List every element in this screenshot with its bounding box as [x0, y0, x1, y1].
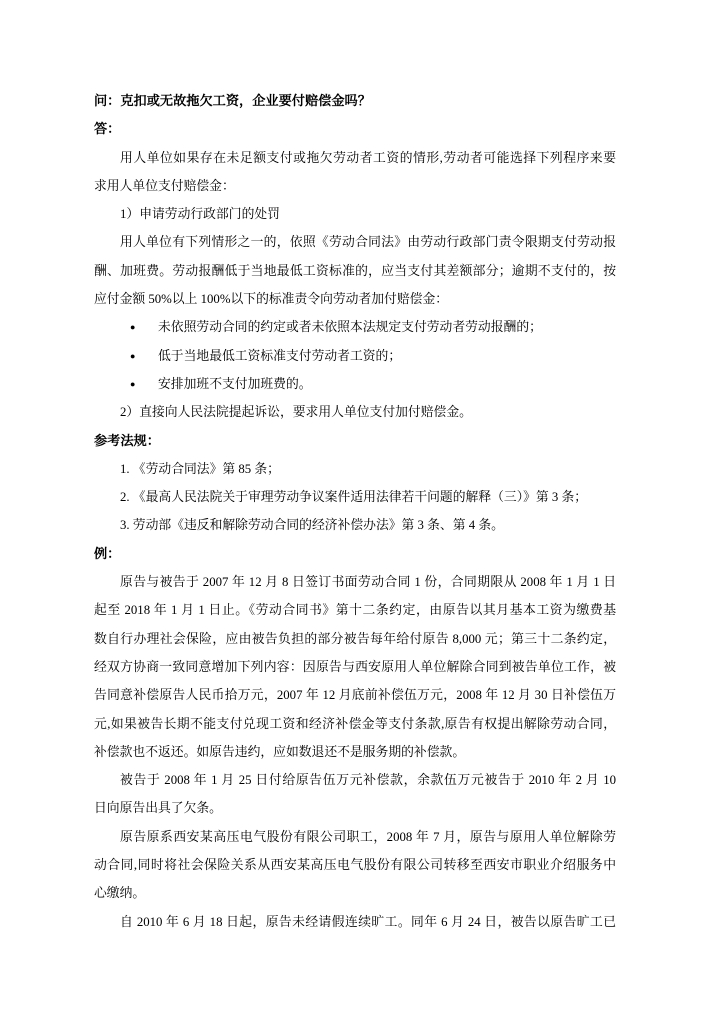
case-paragraph-line: 原告原系西安某高压电气股份有限公司职工，2008 年 7 月，原告与原用人单位解… [94, 823, 616, 851]
case-paragraph-line: 心缴纳。 [94, 879, 616, 907]
case-paragraph-line: 日向原告出具了欠条。 [94, 794, 616, 822]
example-label: 例： [94, 540, 616, 568]
case-paragraph-line: 元,如果被告长期不能支付兑现工资和经济补偿金等支付条款,原告有权提出解除劳动合同… [94, 710, 616, 738]
bullet-item: ●未依照劳动合同的约定或者未依照本法规定支付劳动者劳动报酬的； [94, 313, 616, 341]
case-paragraph-line: 起至 2018 年 1 月 1 日止。《劳动合同书》第十二条约定，由原告以其月基… [94, 596, 616, 624]
bullet-text: 未依照劳动合同的约定或者未依照本法规定支付劳动者劳动报酬的； [158, 320, 542, 334]
case-paragraph-line: 补偿款也不返还。如原告违约，应如数退还不是服务期的补偿款。 [94, 738, 616, 766]
bullet-icon: ● [130, 370, 158, 398]
document-page: 问：克扣或无故拖欠工资，企业要付赔偿金吗？答：用人单位如果存在未足额支付或拖欠劳… [0, 0, 721, 1020]
bullet-text: 安排加班不支付加班费的。 [158, 377, 312, 391]
question-label: 问： [94, 93, 120, 108]
reference-item: 1. 《劳动合同法》第 85 条； [94, 455, 616, 483]
procedure-paragraph-line: 酬、加班费。劳动报酬低于当地最低工资标准的，应当支付其差额部分；逾期不支付的，按 [94, 257, 616, 285]
bullet-item: ●低于当地最低工资标准支付劳动者工资的； [94, 342, 616, 370]
procedure-paragraph-line: 用人单位有下列情形之一的，依照《劳动合同法》由劳动行政部门责令限期支付劳动报 [94, 228, 616, 256]
reference-item: 3. 劳动部《违反和解除劳动合同的经济补偿办法》第 3 条、第 4 条。 [94, 511, 616, 539]
case-paragraph-line: 原告与被告于 2007 年 12 月 8 日签订书面劳动合同 1 份，合同期限从… [94, 568, 616, 596]
answer-label: 答： [94, 115, 616, 143]
bullet-item: ●安排加班不支付加班费的。 [94, 370, 616, 398]
case-paragraph-line: 告同意补偿原告人民币拾万元，2007 年 12 月底前补偿伍万元，2008 年 … [94, 681, 616, 709]
procedure-paragraph-line: 应付金额 50%以上 100%以下的标准责令向劳动者加付赔偿金： [94, 285, 616, 313]
answer-paragraph-line: 用人单位如果存在未足额支付或拖欠劳动者工资的情形,劳动者可能选择下列程序来要 [94, 144, 616, 172]
bullet-text: 低于当地最低工资标准支付劳动者工资的； [158, 349, 401, 363]
numbered-item-1: 1）申请劳动行政部门的处罚 [94, 200, 616, 228]
question-text: 克扣或无故拖欠工资，企业要付赔偿金吗？ [120, 93, 371, 108]
document-content: 问：克扣或无故拖欠工资，企业要付赔偿金吗？答：用人单位如果存在未足额支付或拖欠劳… [94, 87, 616, 936]
case-paragraph-line: 经双方协商一致同意增加下列内容：因原告与西安原用人单位解除合同到被告单位工作，被 [94, 653, 616, 681]
case-paragraph-line: 数自行办理社会保险，应由被告负担的部分被告每年给付原告 8,000 元；第三十二… [94, 625, 616, 653]
case-paragraph-line: 动合同,同时将社会保险关系从西安某高压电气股份有限公司转移至西安市职业介绍服务中 [94, 851, 616, 879]
references-label: 参考法规： [94, 427, 616, 455]
question-line: 问：克扣或无故拖欠工资，企业要付赔偿金吗？ [94, 87, 616, 115]
numbered-item-2: 2）直接向人民法院提起诉讼，要求用人单位支付加付赔偿金。 [94, 398, 616, 426]
case-paragraph-line: 被告于 2008 年 1 月 25 日付给原告伍万元补偿款，余款伍万元被告于 2… [94, 766, 616, 794]
bullet-icon: ● [130, 313, 158, 341]
answer-paragraph-line: 求用人单位支付赔偿金： [94, 172, 616, 200]
bullet-icon: ● [130, 342, 158, 370]
case-paragraph-line: 自 2010 年 6 月 18 日起，原告未经请假连续旷工。同年 6 月 24 … [94, 908, 616, 936]
reference-item: 2. 《最高人民法院关于审理劳动争议案件适用法律若干问题的解释（三）》第 3 条… [94, 483, 616, 511]
